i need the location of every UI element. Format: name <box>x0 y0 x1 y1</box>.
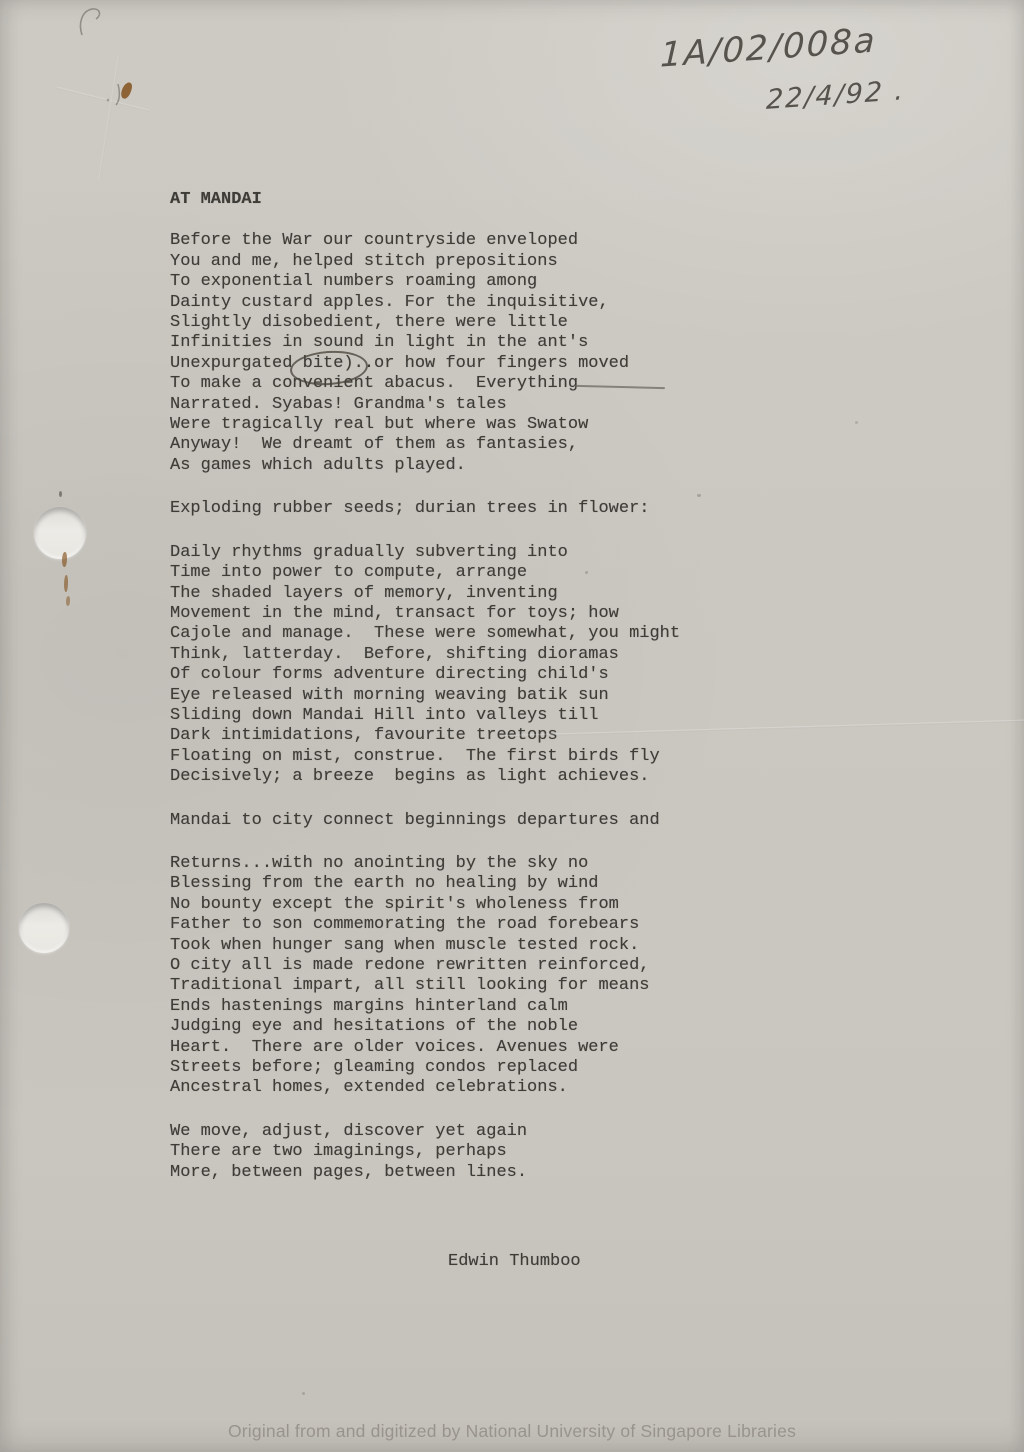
poem-line: Eye released with morning weaving batik … <box>170 686 680 706</box>
poem-line: Daily rhythms gradually subverting into <box>170 543 680 563</box>
poem-line: Cajole and manage. These were somewhat, … <box>170 624 680 644</box>
poem-line: Dainty custard apples. For the inquisiti… <box>170 293 680 313</box>
scanned-document-page: { "page": { "paper_color": "#cbc8c1", "i… <box>0 0 1024 1452</box>
poem-line: Were tragically real but where was Swato… <box>170 415 680 435</box>
paper-speck <box>59 491 62 497</box>
poem-line: O city all is made redone rewritten rein… <box>170 956 680 976</box>
poem-line: The shaded layers of memory, inventing <box>170 584 680 604</box>
poem-line: Blessing from the earth no healing by wi… <box>170 874 680 894</box>
stanza: Returns...with no anointing by the sky n… <box>170 854 680 1099</box>
stanza: Daily rhythms gradually subverting intoT… <box>170 543 680 788</box>
poem-line: Before the War our countryside enveloped <box>170 231 680 251</box>
poem-line: Judging eye and hesitations of the noble <box>170 1017 680 1037</box>
author-name: Edwin Thumboo <box>448 1252 581 1272</box>
poem-line: Think, latterday. Before, shifting diora… <box>170 645 680 665</box>
poem-line: Ends hastenings margins hinterland calm <box>170 997 680 1017</box>
poem-line: Dark intimidations, favourite treetops <box>170 726 680 746</box>
poem-line: To make a convenient abacus. Everything <box>170 374 680 394</box>
poem-line: Took when hunger sang when muscle tested… <box>170 936 680 956</box>
paper-speck <box>302 1392 305 1395</box>
paper-speck <box>697 494 701 497</box>
poem-line: Exploding rubber seeds; durian trees in … <box>170 499 680 519</box>
paper-speck <box>245 344 248 347</box>
poem-line: Slightly disobedient, there were little <box>170 313 680 333</box>
stanza: Exploding rubber seeds; durian trees in … <box>170 499 680 519</box>
poem-line: To exponential numbers roaming among <box>170 272 680 292</box>
poem-line: Decisively; a breeze begins as light ach… <box>170 767 680 787</box>
stanza: We move, adjust, discover yet againThere… <box>170 1122 680 1183</box>
poem-line: Heart. There are older voices. Avenues w… <box>170 1038 680 1058</box>
library-watermark: Original from and digitized by National … <box>0 1421 1024 1442</box>
poem-line: More, between pages, between lines. <box>170 1163 680 1183</box>
poem-line: Of colour forms adventure directing chil… <box>170 665 680 685</box>
poem: AT MANDAI Before the War our countryside… <box>170 190 680 1206</box>
poem-line: Movement in the mind, transact for toys;… <box>170 604 680 624</box>
poem-line: Time into power to compute, arrange <box>170 563 680 583</box>
poem-line: Father to son commemorating the road for… <box>170 915 680 935</box>
hole-punch-bottom <box>19 903 69 953</box>
poem-line: Floating on mist, construe. The first bi… <box>170 747 680 767</box>
poem-stanzas: Before the War our countryside enveloped… <box>170 231 680 1183</box>
poem-line: Ancestral homes, extended celebrations. <box>170 1078 680 1098</box>
poem-line: Sliding down Mandai Hill into valleys ti… <box>170 706 680 726</box>
poem-line: We move, adjust, discover yet again <box>170 1122 680 1142</box>
hole-punch-top <box>34 507 86 559</box>
poem-line: Streets before; gleaming condos replaced <box>170 1058 680 1078</box>
poem-line: Unexpurgated bite)..or how four fingers … <box>170 354 680 374</box>
poem-line: There are two imaginings, perhaps <box>170 1142 680 1162</box>
poem-line: Mandai to city connect beginnings depart… <box>170 811 680 831</box>
poem-line: No bounty except the spirit's wholeness … <box>170 895 680 915</box>
poem-line: As games which adults played. <box>170 456 680 476</box>
poem-line: Traditional impart, all still looking fo… <box>170 976 680 996</box>
poem-line: You and me, helped stitch prepositions <box>170 252 680 272</box>
poem-line: Returns...with no anointing by the sky n… <box>170 854 680 874</box>
stanza: Before the War our countryside enveloped… <box>170 231 680 476</box>
poem-line: Narrated. Syabas! Grandma's tales <box>170 395 680 415</box>
pen-squiggle-mark <box>76 5 106 41</box>
poem-title: AT MANDAI <box>170 190 680 210</box>
stanza: Mandai to city connect beginnings depart… <box>170 811 680 831</box>
paper-speck <box>855 421 858 424</box>
poem-line: Anyway! We dreamt of them as fantasies, <box>170 435 680 455</box>
paper-speck <box>585 571 588 574</box>
